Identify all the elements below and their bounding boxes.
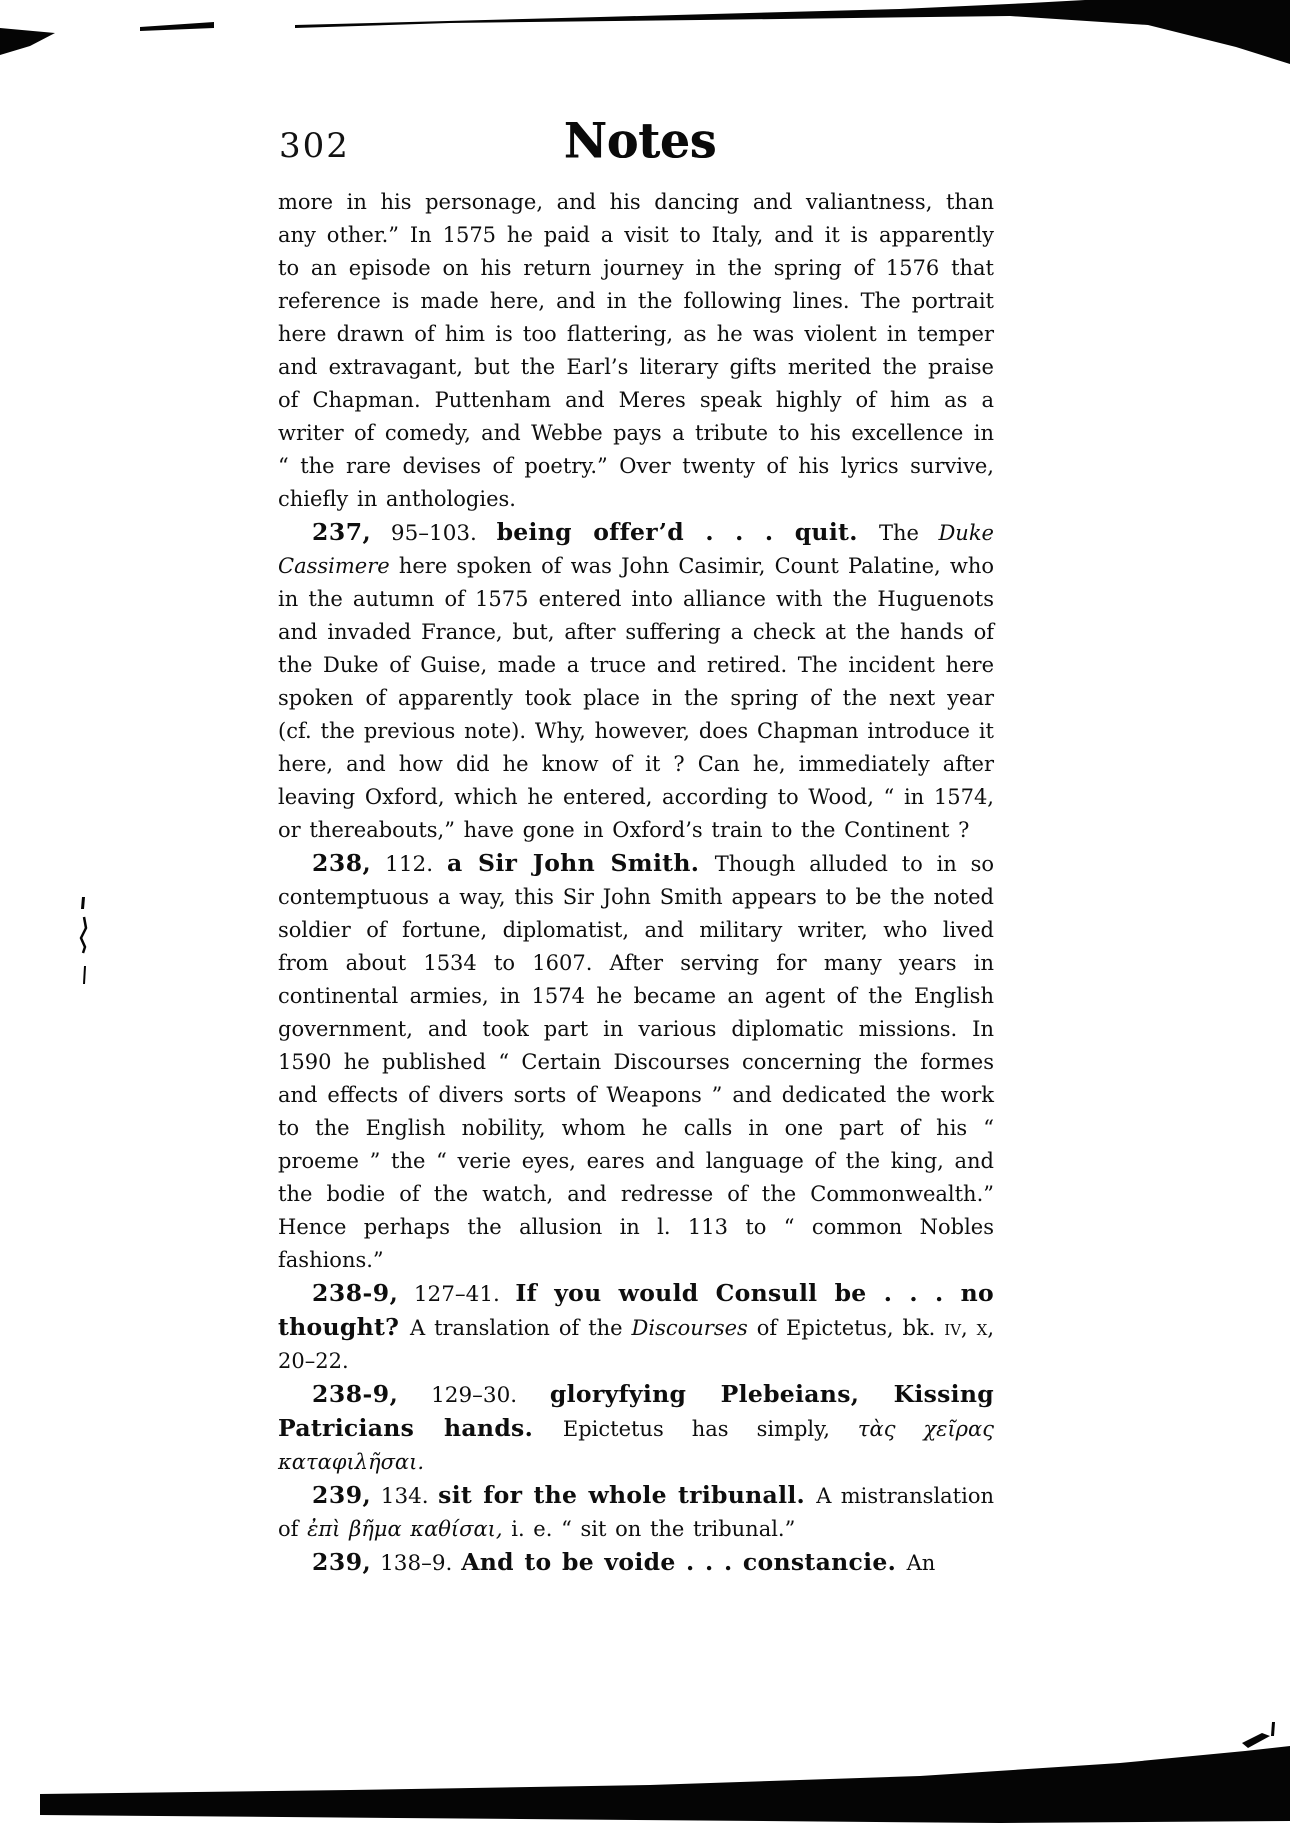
note-page-ref: 238-9, xyxy=(312,1279,398,1307)
note-text: more in his personage, and his dancing a… xyxy=(278,190,994,511)
note-page-ref: 238-9, xyxy=(312,1380,398,1408)
note-text: An xyxy=(907,1551,936,1575)
note-237-95-103: 237, 95–103. being offer’d . . . quit. T… xyxy=(278,516,994,847)
note-text: The xyxy=(879,521,938,545)
note-text: Epictetus has simply, xyxy=(563,1417,858,1441)
note-page-ref: 237, xyxy=(312,518,371,546)
scan-blot-top-left xyxy=(0,28,55,55)
note-greek-phrase: ἐπὶ βῆμα καθίσαι, xyxy=(307,1517,502,1541)
note-line-ref: 112. xyxy=(371,852,447,877)
note-text: of Epictetus, bk. xyxy=(748,1316,944,1340)
margin-mark-1 xyxy=(81,897,85,909)
note-page-ref: 238, xyxy=(312,849,371,877)
scan-wedge-top xyxy=(295,0,1290,64)
note-smallcaps-ref: iv, x, xyxy=(944,1316,994,1340)
note-lemma: a Sir John Smith. xyxy=(447,849,715,877)
note-text: Though alluded to in so contemptuous a w… xyxy=(278,852,994,1272)
page-number: 302 xyxy=(279,126,350,166)
note-238-9-129-30: 238-9, 129–30. gloryfying Plebeians, Kis… xyxy=(278,1378,994,1479)
note-239-138-9: 239, 138–9. And to be voide . . . consta… xyxy=(278,1546,994,1580)
note-239-134: 239, 134. sit for the whole tribunall. A… xyxy=(278,1479,994,1546)
paragraph-continuation: more in his personage, and his dancing a… xyxy=(278,186,994,516)
note-lemma: And to be voide . . . constancie. xyxy=(461,1548,906,1576)
note-text: 20–22. xyxy=(278,1349,349,1373)
note-line-ref: 95–103. xyxy=(371,521,496,546)
scanned-book-page: 302 Notes more in his personage, and his… xyxy=(0,0,1290,1831)
text-column: more in his personage, and his dancing a… xyxy=(278,186,994,1580)
scan-bar-bottom xyxy=(40,1746,1290,1823)
note-line-ref: 134. xyxy=(371,1484,438,1509)
running-head-title: Notes xyxy=(564,113,716,170)
note-text: here spoken of was John Casimir, Count P… xyxy=(278,554,994,842)
note-italic-title: Discourses xyxy=(632,1316,748,1340)
note-238-112: 238, 112. a Sir John Smith. Though allud… xyxy=(278,847,994,1277)
note-text: i. e. “ sit on the tribunal.” xyxy=(503,1517,796,1541)
note-lemma: being offer’d . . . quit. xyxy=(497,518,879,546)
note-line-ref: 129–30. xyxy=(398,1383,550,1408)
note-lemma: sit for the whole tribunall. xyxy=(438,1481,816,1509)
scan-speck-bottom-right xyxy=(1242,1733,1270,1748)
note-page-ref: 239, xyxy=(312,1548,371,1576)
scan-tick-bottom-right xyxy=(1271,1722,1275,1736)
note-page-ref: 239, xyxy=(312,1481,371,1509)
scan-dash-top-left xyxy=(140,22,214,31)
margin-mark-2 xyxy=(81,917,86,953)
note-line-ref: 127–41. xyxy=(398,1282,515,1307)
note-238-9-127-41: 238-9, 127–41. If you would Consull be .… xyxy=(278,1277,994,1378)
margin-mark-3 xyxy=(83,966,86,984)
note-line-ref: 138–9. xyxy=(371,1551,461,1576)
note-text: A translation of the xyxy=(410,1316,632,1340)
